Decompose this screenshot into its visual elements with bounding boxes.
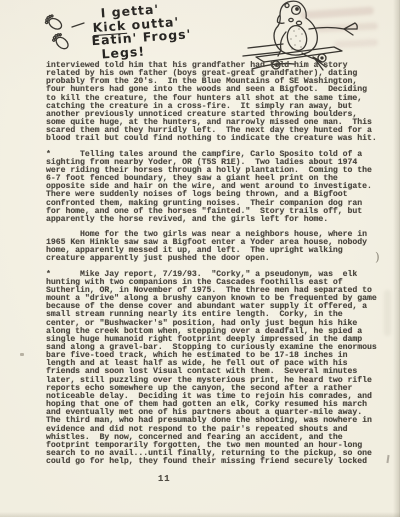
page-number: 11 [158, 474, 171, 484]
scanned-document-page: I getta'Kick outta'Eatin' Frogs'Legs! [0, 0, 400, 517]
bleedthrough-mark [384, 290, 391, 336]
text-line: could go for help, they found their miss… [46, 458, 380, 466]
pointer-dash [72, 23, 84, 27]
text-line: blood trail but could find nothing to in… [46, 135, 380, 143]
frog [274, 1, 357, 70]
handwritten-note: I getta'Kick outta'Eatin' Frogs'Legs! [82, 0, 193, 61]
paragraph: * Telling tales around the campfire, Car… [46, 151, 380, 224]
paragraph: interviewed told him that his grandfathe… [46, 62, 380, 144]
speck-mark [20, 353, 24, 356]
paragraph: * Mike Jay report, 7/19/93. "Corky," a p… [46, 271, 380, 467]
paragraph: Home for the two girls was near a neighb… [46, 231, 380, 264]
text-line: creature apparently just pushed the door… [46, 255, 380, 263]
text-line: apparently the horse revived, and the gi… [46, 216, 380, 224]
scan-edge-bottom [0, 512, 400, 517]
tick-mark [386, 455, 389, 463]
scan-edge-right [393, 0, 400, 517]
pen-paren-mark: ) [375, 250, 380, 264]
body-text: interviewed told him that his grandfathe… [46, 62, 380, 473]
